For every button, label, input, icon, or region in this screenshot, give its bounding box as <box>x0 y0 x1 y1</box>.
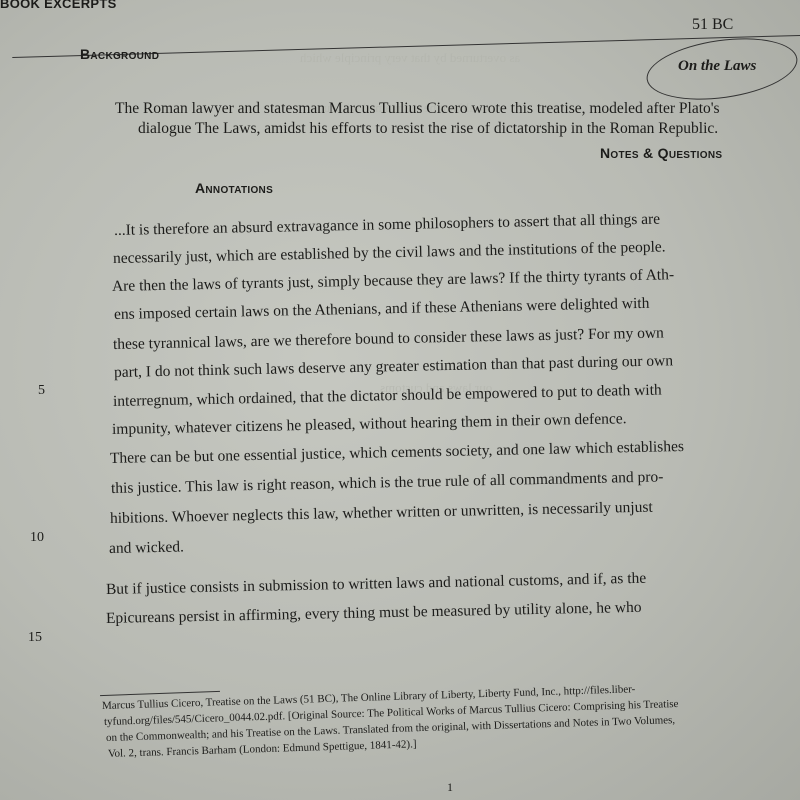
background-line: dialogue The Laws, amidst his efforts to… <box>138 120 718 138</box>
annotation-line: necessarily just, which are established … <box>113 238 666 268</box>
annotation-line: Are then the laws of tyrants just, simpl… <box>112 266 674 296</box>
annotation-line: part, I do not think such laws deserve a… <box>114 352 673 382</box>
notes-heading: Notes & Questions <box>600 145 722 161</box>
annotations-heading: Annotations <box>195 180 273 196</box>
annotation-line: this justice. This law is right reason, … <box>111 468 664 498</box>
annotation-line: and wicked. <box>109 538 184 558</box>
section-label: BOOK EXCERPTS <box>0 0 117 11</box>
annotation-line: There can be but one essential justice, … <box>109 438 683 468</box>
page-number: 1 <box>447 780 453 795</box>
annotation-line: hibitions. Whoever neglects this law, wh… <box>110 499 653 528</box>
annotation-line: impunity, whatever citizens he pleased, … <box>112 410 627 439</box>
line-number: 10 <box>30 530 44 546</box>
bleed-through-text: as overturned by that very principle whi… <box>300 50 520 66</box>
annotation-line: ...It is therefore an absurd extravaganc… <box>114 211 660 240</box>
excerpt-date: 51 BC <box>692 16 733 34</box>
excerpt-title: On the Laws <box>678 58 756 75</box>
annotation-line: ens imposed certain laws on the Athenian… <box>113 295 649 324</box>
line-number: 15 <box>28 630 42 646</box>
annotation-line: these tyrannical laws, are we therefore … <box>113 324 664 354</box>
annotation-line: Epicureans persist in affirming, every t… <box>105 599 641 628</box>
background-heading: Background <box>80 46 159 62</box>
footnote-rule <box>100 691 220 696</box>
annotation-line: But if justice consists in submission to… <box>106 570 647 599</box>
background-line: The Roman lawyer and statesman Marcus Tu… <box>115 100 720 118</box>
line-number: 5 <box>38 383 45 399</box>
document-page: as overturned by that very principle whi… <box>0 0 800 800</box>
